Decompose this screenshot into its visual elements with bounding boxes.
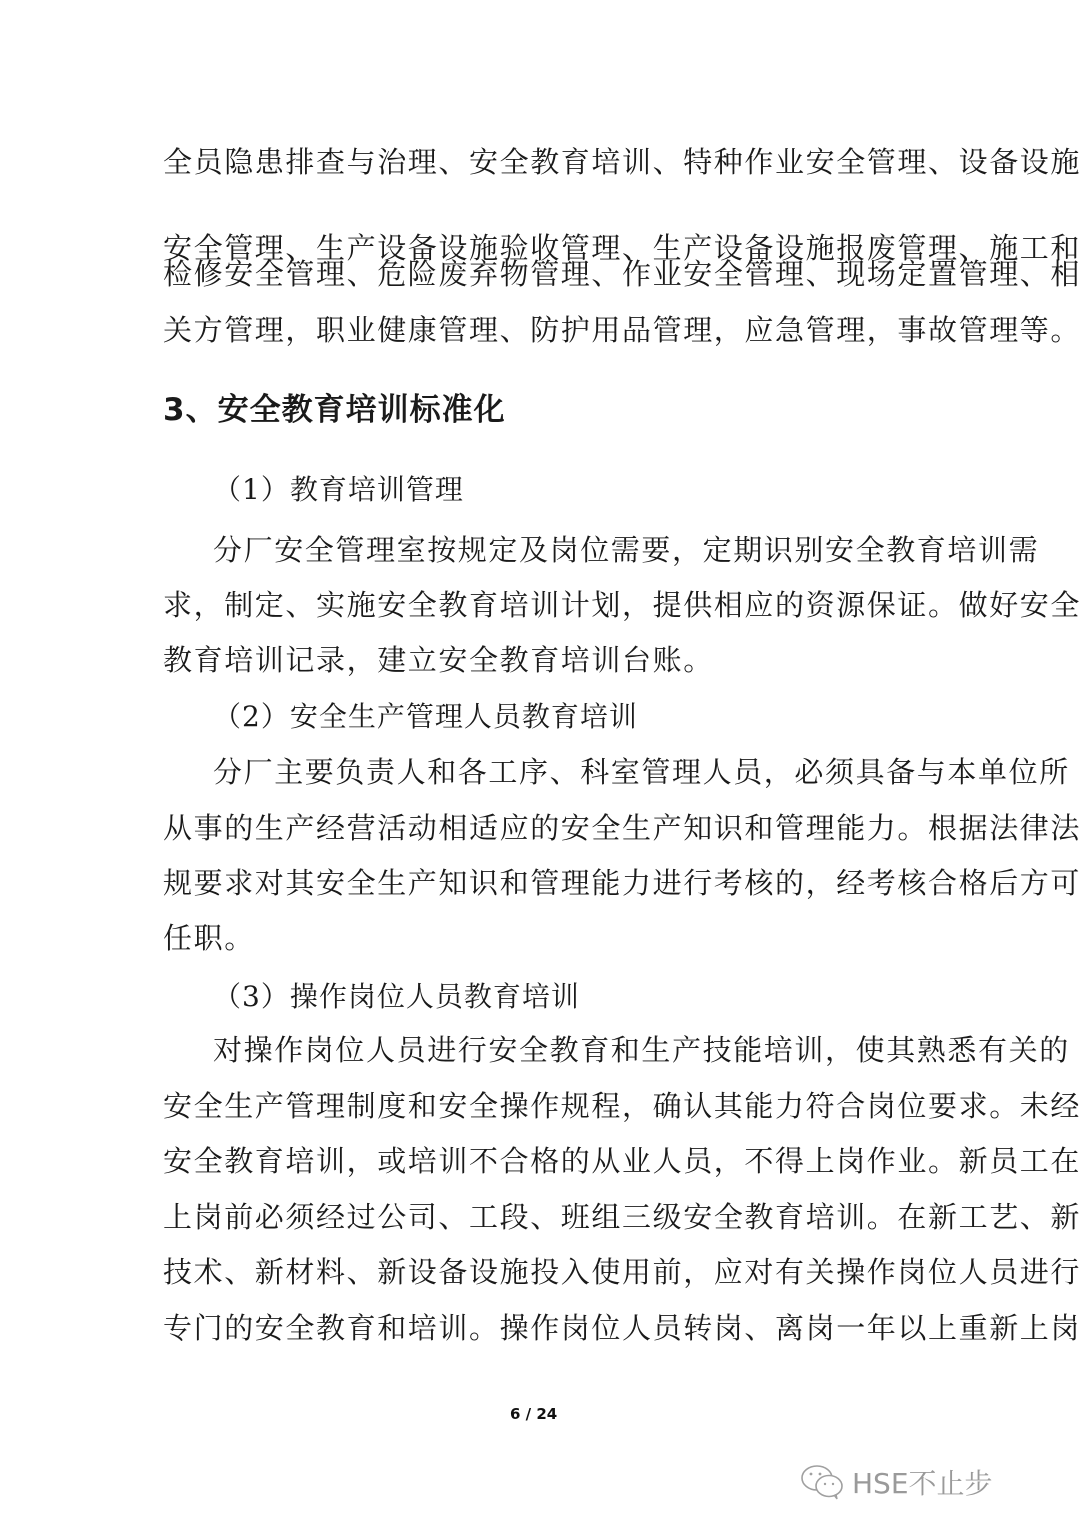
page-number: 6 / 24	[510, 1405, 557, 1423]
body-text-line: 求，制定、实施安全教育培训计划，提供相应的资源保证。做好安全	[163, 585, 923, 625]
body-text-line: 分厂安全管理室按规定及岗位需要，定期识别安全教育培训需	[213, 530, 923, 570]
subsection-title: （3）操作岗位人员教育培训	[213, 977, 580, 1017]
body-text-line: 关方管理，职业健康管理、防护用品管理，应急管理，事故管理等。	[163, 310, 923, 350]
body-text-line: 检修安全管理、危险废弃物管理、作业安全管理、现场定置管理、相	[163, 254, 923, 294]
body-text-line: 规要求对其安全生产知识和管理能力进行考核的，经考核合格后方可	[163, 863, 923, 903]
watermark: HSE不止步	[800, 1462, 993, 1502]
body-text-line: 安全生产管理制度和安全操作规程，确认其能力符合岗位要求。未经	[163, 1086, 923, 1126]
watermark-text: HSE不止步	[852, 1462, 993, 1502]
body-text-line: 专门的安全教育和培训。操作岗位人员转岗、离岗一年以上重新上岗	[163, 1308, 923, 1348]
body-text-line: 教育培训记录，建立安全教育培训台账。	[163, 640, 923, 680]
body-text-line: 任职。	[163, 918, 923, 958]
body-text-line: 对操作岗位人员进行安全教育和生产技能培训，使其熟悉有关的	[213, 1030, 923, 1070]
body-text-line: 技术、新材料、新设备设施投入使用前，应对有关操作岗位人员进行	[163, 1252, 923, 1292]
subsection-title: （1）教育培训管理	[213, 470, 464, 510]
body-text-line: 从事的生产经营活动相适应的安全生产知识和管理能力。根据法律法	[163, 808, 923, 848]
section-heading: 3、安全教育培训标准化	[163, 388, 506, 432]
document-page: 全员隐患排查与治理、安全教育培训、特种作业安全管理、设备设施 安全管理、生产设备…	[0, 0, 1080, 1527]
subsection-title: （2）安全生产管理人员教育培训	[213, 697, 638, 737]
body-text-line: 全员隐患排查与治理、安全教育培训、特种作业安全管理、设备设施	[163, 142, 923, 182]
wechat-icon	[800, 1464, 846, 1500]
body-text-line: 安全教育培训，或培训不合格的从业人员，不得上岗作业。新员工在	[163, 1141, 923, 1181]
body-text-line: 分厂主要负责人和各工序、科室管理人员，必须具备与本单位所	[213, 752, 923, 792]
body-text-line: 上岗前必须经过公司、工段、班组三级安全教育培训。在新工艺、新	[163, 1197, 923, 1237]
